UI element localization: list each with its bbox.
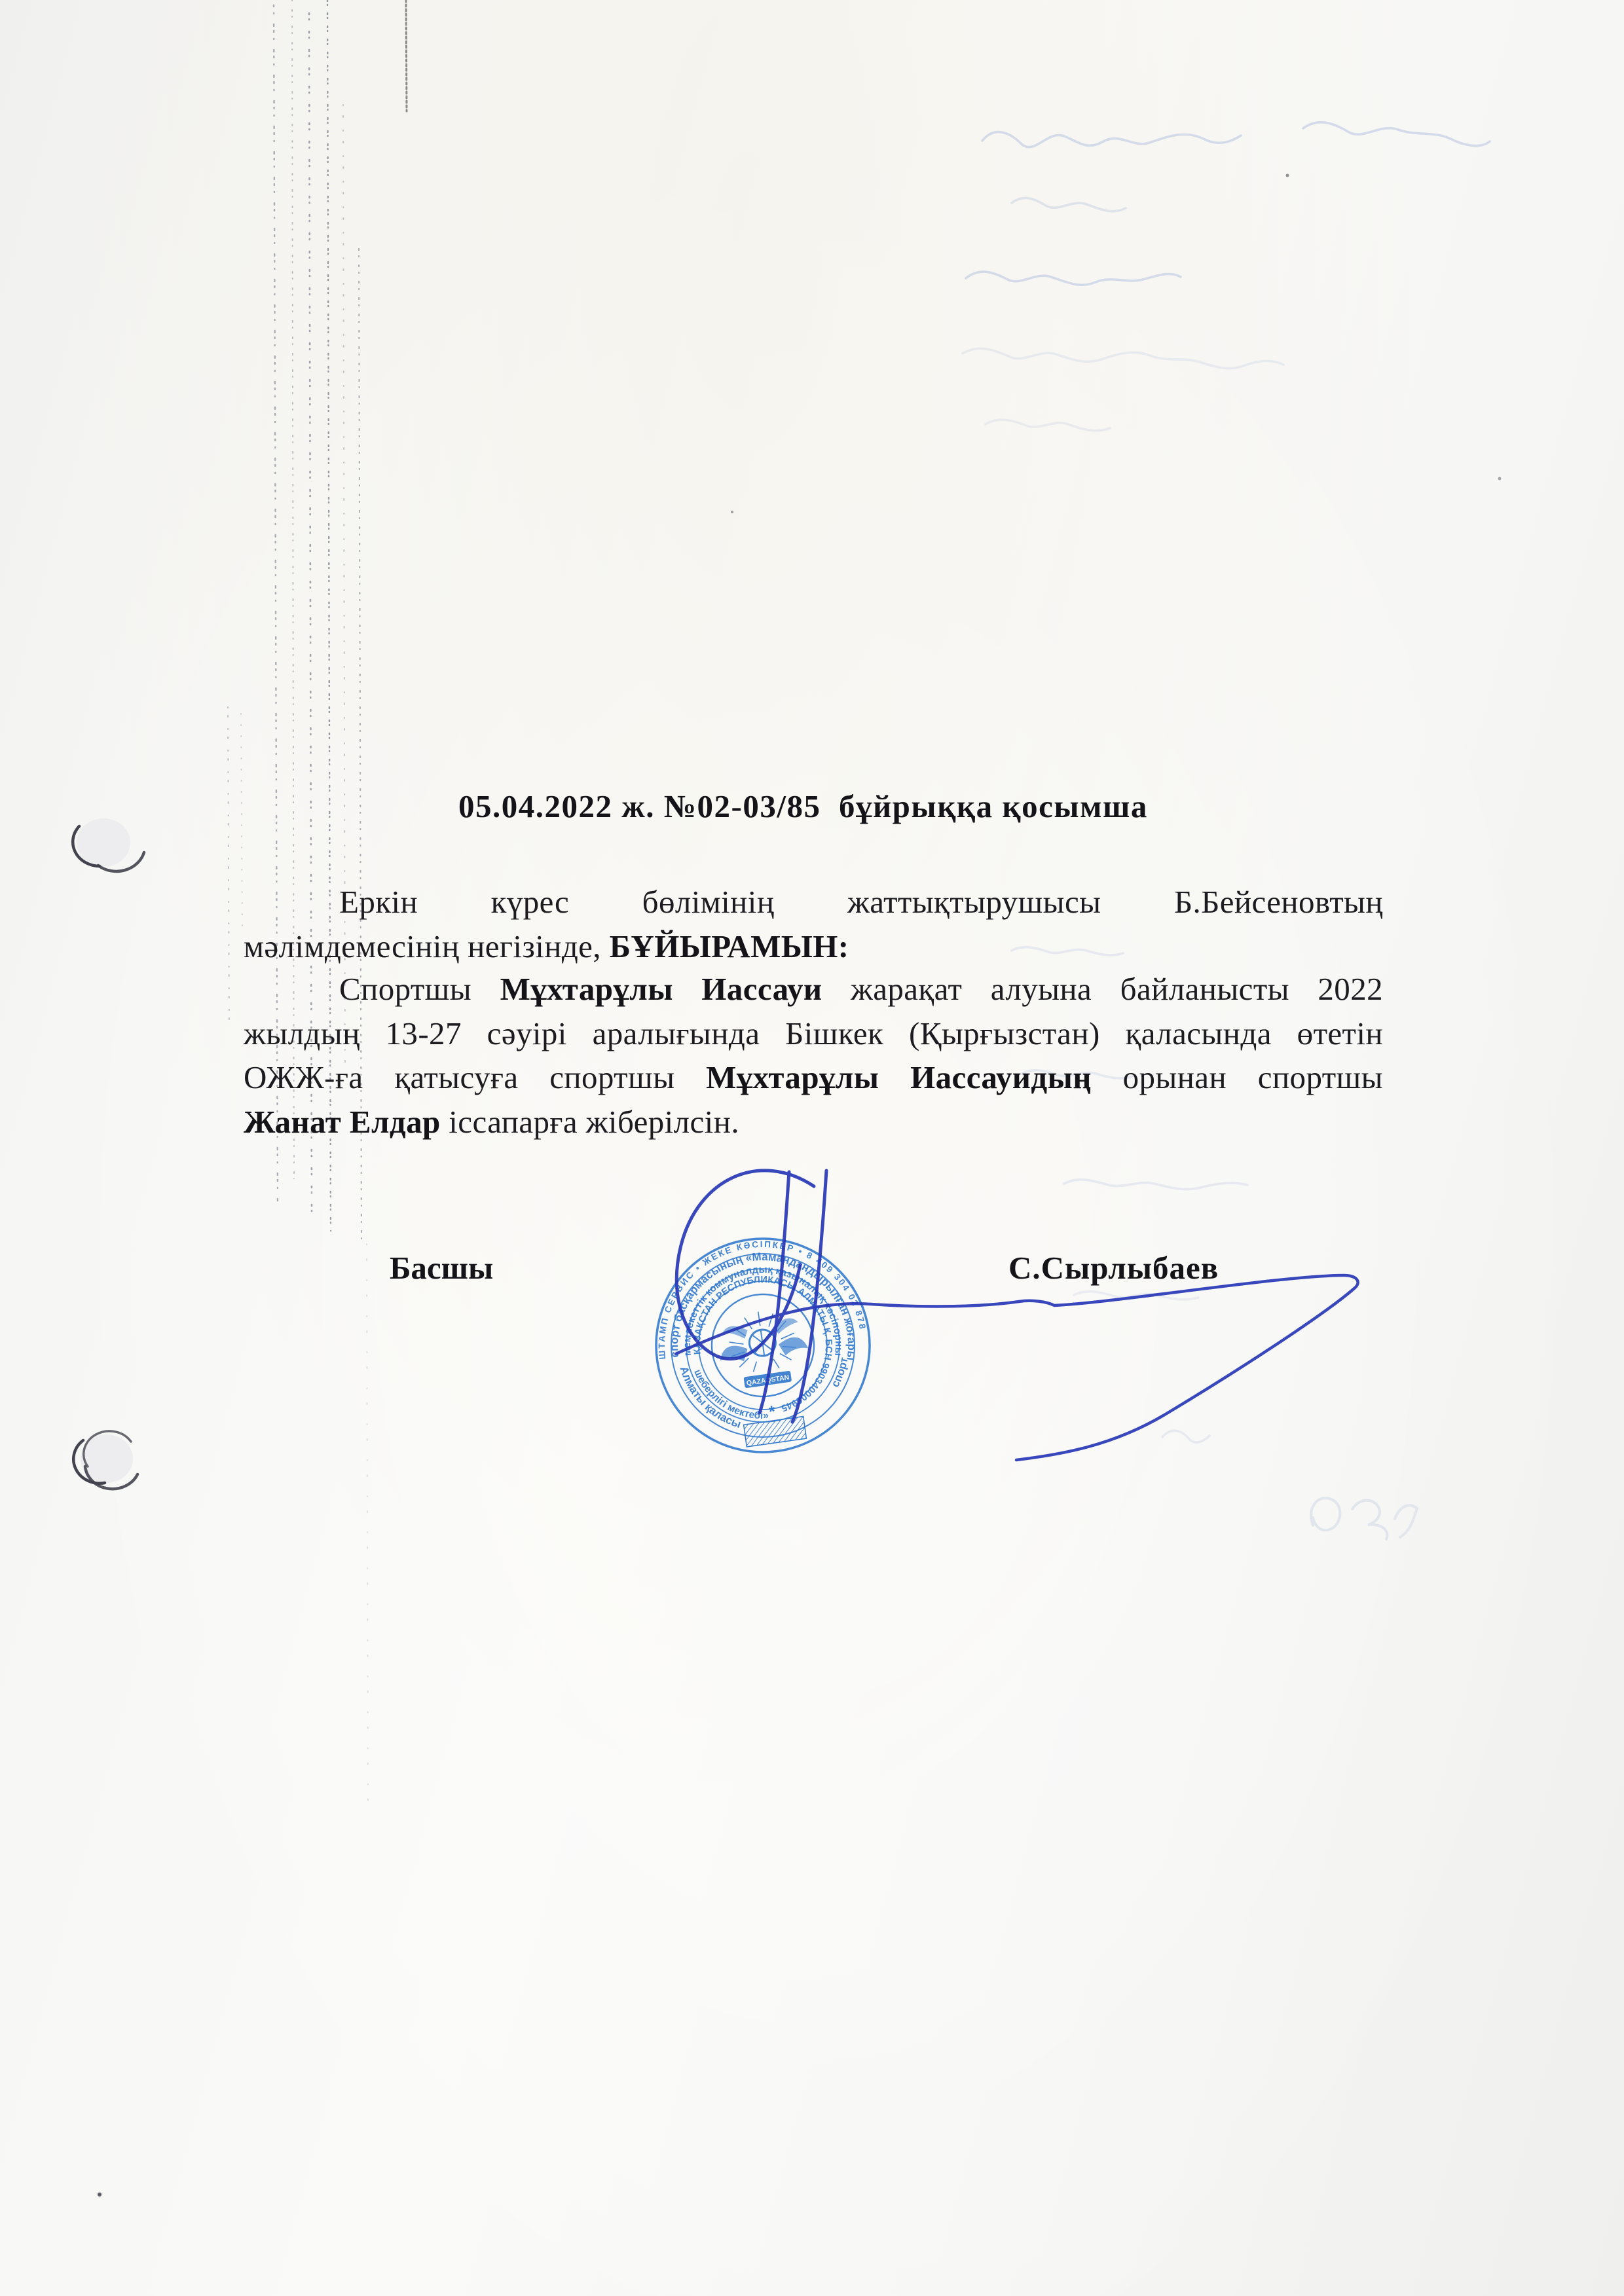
signature-ink bbox=[0, 0, 1624, 2296]
scanned-document-page: 05.04.2022 ж. №02-03/85 бұйрыққа қосымша… bbox=[0, 0, 1624, 2296]
